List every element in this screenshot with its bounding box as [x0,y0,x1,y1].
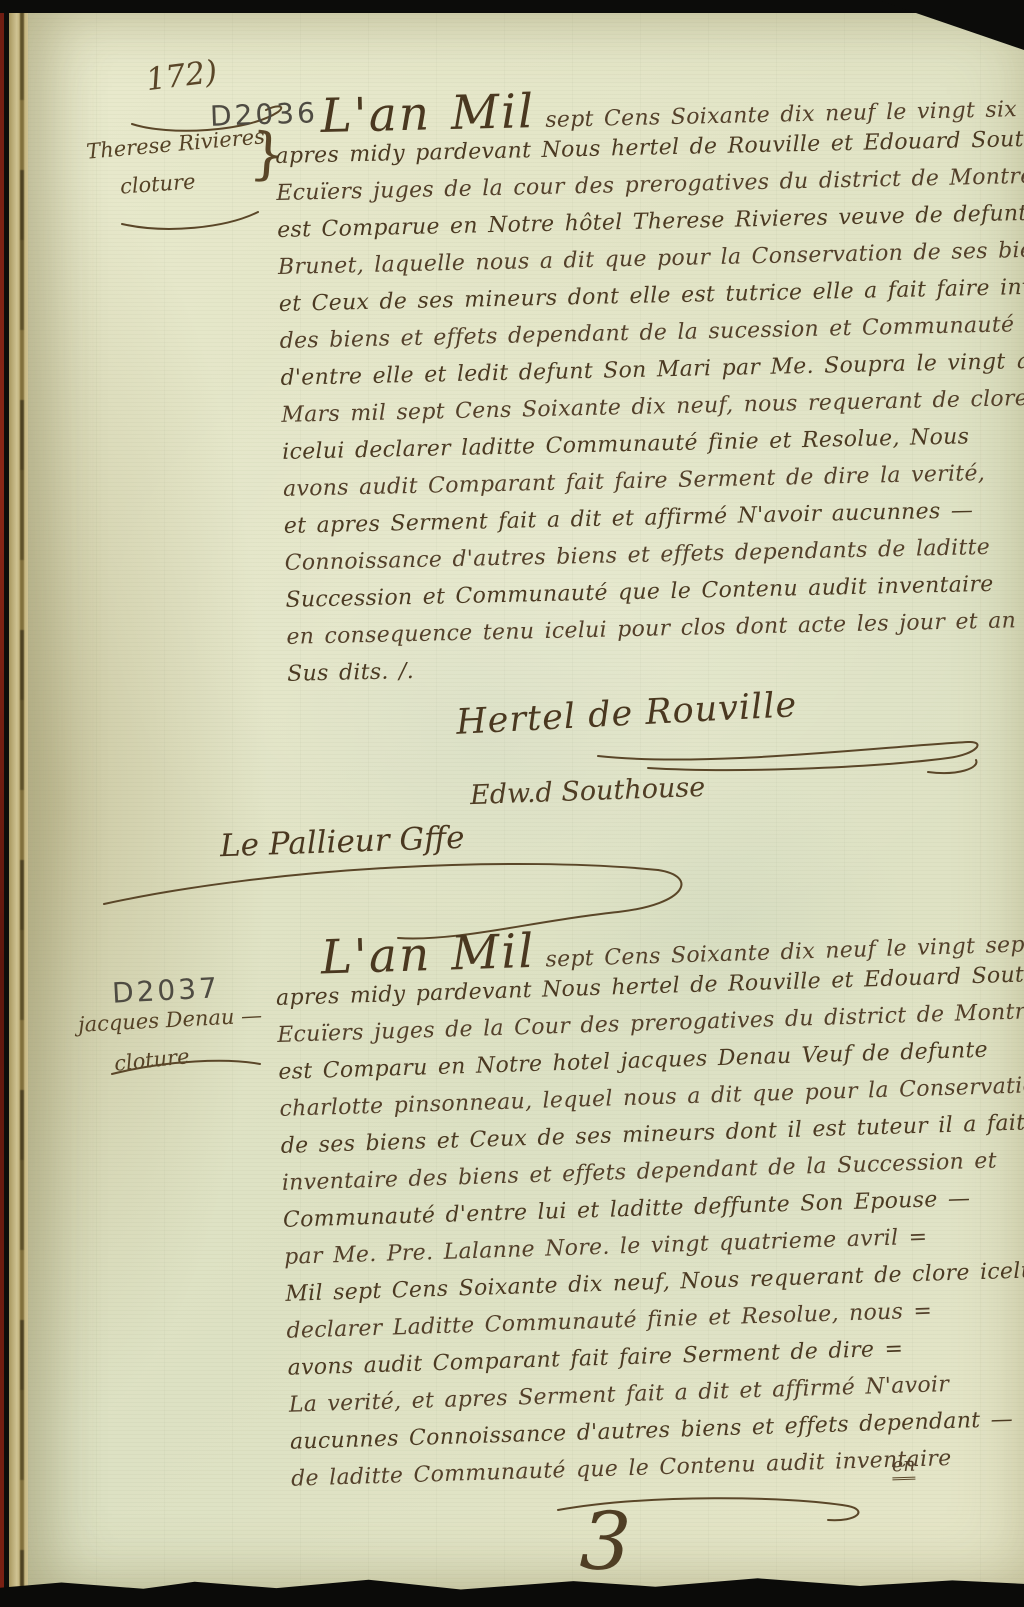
opening-initial-entry1: L'an Mil [320,84,536,144]
manuscript-line-text: sept Cens Soixante dix neuf le vingt six… [545,96,1024,133]
entry1-text-block: L'an Mil sept Cens Soixante dix neuf le … [274,73,1024,699]
quire-mark: 3 [579,1501,633,1583]
manuscript-page: 172) D2036 Therese Rivieres } cloture L'… [28,10,1024,1590]
photo-backdrop: 172) D2036 Therese Rivieres } cloture L'… [0,0,1024,1607]
margin-note-strike [108,1054,268,1082]
folio-number: 172) [144,54,219,98]
margin-note-entry1: cloture [119,169,196,198]
archive-id-entry2: D2037 [111,971,220,1010]
page-edge-crease [20,10,24,1595]
margin-name-entry2: jacques Denau — [77,1003,262,1037]
top-mat [0,0,1024,13]
margin-note-flourish [116,206,266,236]
catchword: en [892,1454,916,1481]
opening-initial-entry2: L'an Mil [320,924,536,986]
entry2-text-block: L'an Mil sept Cens Soixante dix neuf le … [274,909,1024,1504]
